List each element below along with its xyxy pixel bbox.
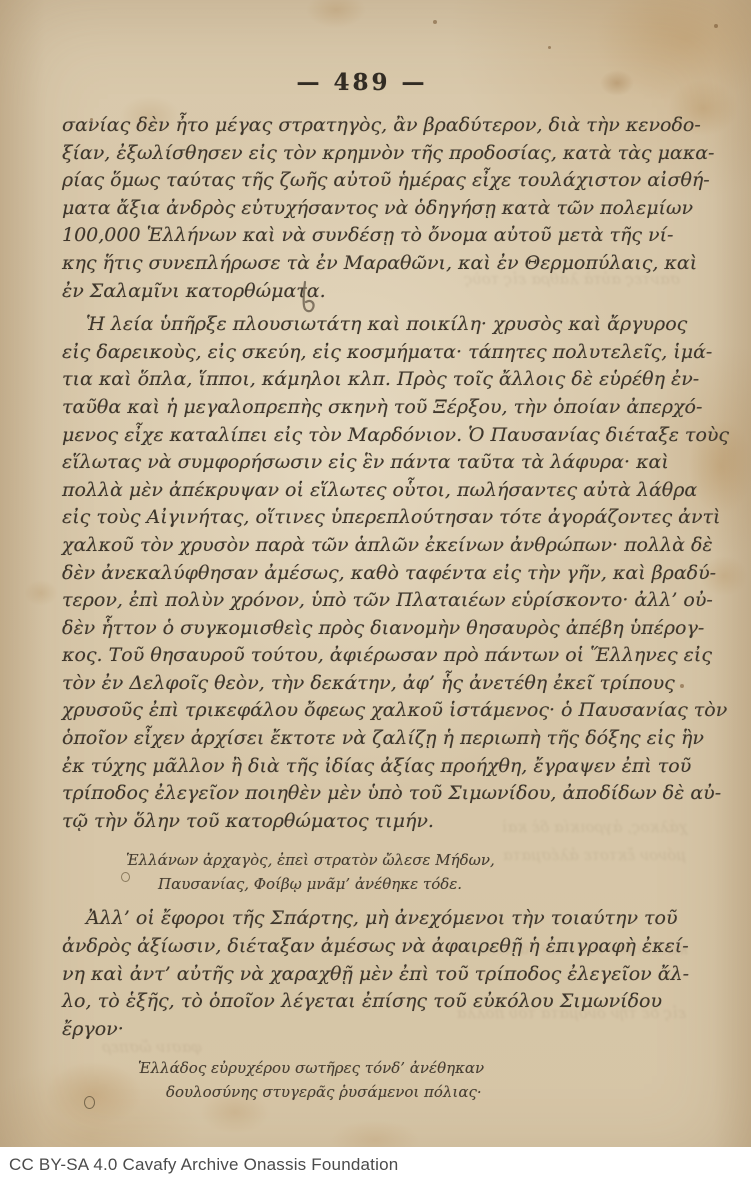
text-column: σανίας δὲν ἦτο μέγας στρατηγὸς, ἂν βραδύ… bbox=[62, 112, 662, 1113]
paragraph-block: σανίας δὲν ἦτο μέγας στρατηγὸς, ἂν βραδύ… bbox=[62, 112, 662, 305]
verse-line: Παυσανίας, Φοίβῳ μνᾶμ’ ἀνέθηκε τόδε. bbox=[62, 872, 662, 896]
verse-line: δουλοσύνης στυγερᾶς ῥυσάμενοι πόλιας· bbox=[62, 1080, 662, 1104]
paragraph-block: Ἡ λεία ὑπῆρξε πλουσιωτάτη καὶ ποικίλη· χ… bbox=[62, 311, 662, 835]
text-line: νη καὶ ἀντ’ αὐτῆς νὰ χαραχθῇ μὲν ἐπὶ τοῦ… bbox=[62, 961, 662, 989]
text-line: ρίας ὅμως ταύτας τῆς ζωῆς αὐτοῦ ἡμέρας ε… bbox=[62, 167, 662, 195]
text-line: πολλὰ μὲν ἀπέκρυψαν οἱ εἵλωτες οὗτοι, πω… bbox=[62, 477, 662, 505]
text-line: 100,000 Ἑλλήνων καὶ νὰ συνδέσῃ τὸ ὄνομα … bbox=[62, 222, 662, 250]
text-line: εἵλωτας νὰ συμφορήσωσιν εἰς ἓν πάντα ταῦ… bbox=[62, 449, 662, 477]
circle-mark bbox=[121, 872, 130, 882]
text-line: Ἀλλ’ οἱ ἔφοροι τῆς Σπάρτης, μὴ ἀνεχόμενο… bbox=[62, 905, 662, 933]
text-line: τῷ τὴν ὅλην τοῦ κατορθώματος τιμήν. bbox=[62, 808, 662, 836]
text-line: ταῦθα καὶ ἡ μεγαλοπρεπὴς σκηνὴ τοῦ Ξέρξο… bbox=[62, 394, 662, 422]
page-number: — 489 — bbox=[62, 70, 662, 96]
license-text: CC BY-SA 4.0 Cavafy Archive Onassis Foun… bbox=[0, 1155, 398, 1175]
text-line: ξίαν, ἐξωλίσθησεν εἰς τὸν κρημνὸν τῆς πρ… bbox=[62, 140, 662, 168]
circle-mark bbox=[84, 1096, 95, 1109]
text-line: τια καὶ ὅπλα, ἵπποι, κάμηλοι κλπ. Πρὸς τ… bbox=[62, 366, 662, 394]
text-line: σανίας δὲν ἦτο μέγας στρατηγὸς, ἂν βραδύ… bbox=[62, 112, 662, 140]
text-line: δὲν ἀνεκαλύφθησαν ἀμέσως, καθὸ ταφέντα ε… bbox=[62, 560, 662, 588]
verse-block: Ἑλλάνων ἀρχαγὸς, ἐπεὶ στρατὸν ὤλεσε Μήδω… bbox=[62, 848, 662, 896]
text-line: μενος εἶχε καταλίπει εἰς τὸν Μαρδόνιον. … bbox=[62, 422, 662, 450]
text-line: ἀνδρὸς ἀξίωσιν, διέταξαν ἀμέσως νὰ ἀφαιρ… bbox=[62, 933, 662, 961]
text-line: Ἡ λεία ὑπῆρξε πλουσιωτάτη καὶ ποικίλη· χ… bbox=[62, 311, 662, 339]
text-line: ἐκ τύχης μᾶλλον ἢ διὰ τῆς ἰδίας ἀξίας πρ… bbox=[62, 753, 662, 781]
text-line: ὁποῖον εἶχεν ἀρχίσει ἔκτοτε νὰ ζαλίζῃ ἡ … bbox=[62, 725, 662, 753]
text-line: εἰς τοὺς Αἰγινήτας, οἵτινες ὑπερεπλούτησ… bbox=[62, 504, 662, 532]
text-line: τρίποδος ἐλεγεῖον ποιηθὲν μὲν ὑπὸ τοῦ Σι… bbox=[62, 780, 662, 808]
verse-line: Ἑλλάνων ἀρχαγὸς, ἐπεὶ στρατὸν ὤλεσε Μήδω… bbox=[62, 848, 662, 872]
text-line: χρυσοῦς ἐπὶ τρικεφάλου ὄφεως χαλκοῦ ἱστά… bbox=[62, 697, 662, 725]
text-line: λο, τὸ ἑξῆς, τὸ ὁποῖον λέγεται ἐπίσης το… bbox=[62, 988, 662, 1043]
text-line: δὲν ἧττον ὁ συγκομισθεὶς πρὸς διανομὴν θ… bbox=[62, 615, 662, 643]
ink-mark bbox=[298, 281, 318, 315]
text-line: ματα ἄξια ἀνδρὸς εὐτυχήσαντος νὰ ὁδηγήσῃ… bbox=[62, 195, 662, 223]
text-line: κης ἥτις συνεπλήρωσε τὰ ἐν Μαραθῶνι, καὶ… bbox=[62, 250, 662, 278]
text-line: τερον, ἐπὶ πολὺν χρόνον, ὑπὸ τῶν Πλαταιέ… bbox=[62, 587, 662, 615]
license-bar: CC BY-SA 4.0 Cavafy Archive Onassis Foun… bbox=[0, 1147, 751, 1183]
paragraph-block: Ἀλλ’ οἱ ἔφοροι τῆς Σπάρτης, μὴ ἀνεχόμενο… bbox=[62, 905, 662, 1043]
verse-block: Ἑλλάδος εὐρυχέρου σωτῆρες τόνδ’ ἀνέθηκαν… bbox=[62, 1056, 662, 1104]
text-line: εἰς δαρεικοὺς, εἰς σκεύη, εἰς κοσμήματα·… bbox=[62, 339, 662, 367]
text-line: τὸν ἐν Δελφοῖς θεὸν, τὴν δεκάτην, ἀφ’ ἧς… bbox=[62, 670, 662, 698]
text-line: κος. Τοῦ θησαυροῦ τούτου, ἀφιέρωσαν πρὸ … bbox=[62, 642, 662, 670]
text-line: ἐν Σαλαμῖνι κατορθώματα. bbox=[62, 278, 662, 306]
scanned-book-page: σαντες αὐτὰ λάθρα εἰς τοὺςχάλκος, ἀγροικ… bbox=[0, 0, 751, 1183]
verse-line: Ἑλλάδος εὐρυχέρου σωτῆρες τόνδ’ ἀνέθηκαν bbox=[62, 1056, 662, 1080]
text-line: χαλκοῦ τὸν χρυσὸν παρὰ τῶν ἁπλῶν ἐκείνων… bbox=[62, 532, 662, 560]
